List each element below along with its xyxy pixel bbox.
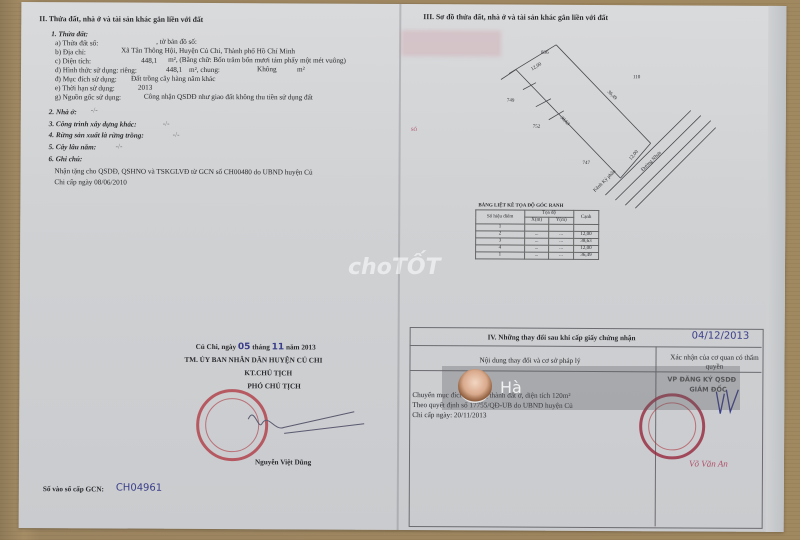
signer-role-2: PHÓ CHỦ TỊCH bbox=[247, 382, 300, 391]
map-label-747: 747 bbox=[583, 159, 591, 168]
usage-shared-label: m², chung: bbox=[189, 66, 220, 75]
coordinate-table: Số hiệu điểm Tọa độ Cạnh X(m) Y(m) 1 2..… bbox=[475, 209, 599, 260]
usage-shared-unit: m² bbox=[297, 65, 305, 74]
usage-form-label: d) Hình thức sử dụng: riêng: bbox=[55, 66, 137, 75]
parcel-map-sheet: , tờ bản đồ số: bbox=[156, 38, 197, 47]
table-row: 1......36,49 bbox=[476, 252, 599, 260]
signature-scribble bbox=[244, 401, 364, 442]
usage-private-value: 448,1 bbox=[166, 66, 182, 75]
other-construction-label: 3. Công trình xây dựng khác: bbox=[49, 120, 137, 129]
authority-signer-name: Võ Văn An bbox=[689, 460, 728, 469]
address-label: b) Địa chỉ: bbox=[55, 48, 86, 57]
purpose-value: Đất trồng cây hàng năm khác bbox=[131, 75, 215, 84]
area-in-words: m², (Bằng chữ: Bốn trăm bốn mươi tám phẩ… bbox=[168, 56, 346, 66]
house-value: -/- bbox=[91, 106, 98, 115]
year-label: năm 2013 bbox=[286, 343, 316, 351]
registry-label: Số vào sổ cấp GCN: bbox=[43, 485, 104, 494]
other-construction-value: -/- bbox=[163, 120, 170, 129]
signing-place-date: Củ Chi, ngày 05 tháng 11 năm 2013 bbox=[196, 343, 316, 353]
section-ii-title: II. Thửa đất, nhà ở và tài sản khác gắn … bbox=[39, 14, 203, 24]
map-label-749: 749 bbox=[507, 97, 515, 106]
month-label: tháng bbox=[252, 343, 270, 351]
note-line-2: Chi cấp ngày 08/06/2010 bbox=[54, 178, 127, 187]
col-point: Số hiệu điểm bbox=[476, 210, 525, 224]
map-label-110: 110 bbox=[633, 73, 640, 82]
signer-role-1: KT.CHỦ TỊCH bbox=[244, 369, 292, 378]
planted-forest-label: 4. Rừng sản xuất là rừng trồng: bbox=[49, 131, 144, 140]
term-label: e) Thời hạn sử dụng: bbox=[55, 84, 115, 93]
registry-number: CH04961 bbox=[116, 484, 162, 493]
address-value: Xã Tân Thông Hội, Huyện Củ Chi, Thành ph… bbox=[121, 47, 295, 57]
notes-label: 6. Ghi chú: bbox=[49, 155, 83, 164]
section-iv-title: IV. Những thay đổi sau khi cấp giấy chứn… bbox=[488, 333, 636, 343]
left-page: II. Thửa đất, nhà ở và tài sản khác gắn … bbox=[19, 2, 400, 530]
cell-y: ... bbox=[549, 252, 574, 259]
house-label: 2. Nhà ở: bbox=[49, 108, 77, 117]
parcel-diagram bbox=[400, 34, 661, 205]
note-line-1: Nhận tặng cho QSDĐ, QSHNO và TSKGLVĐ từ … bbox=[54, 167, 312, 177]
parcel-number-label: a) Thửa đất số: bbox=[55, 39, 98, 48]
right-page: III. Sơ đồ thửa đất, nhà ở và tài sản kh… bbox=[399, 4, 770, 532]
perennial-trees-label: 5. Cây lâu năm: bbox=[49, 143, 97, 152]
section-iii-title: III. Sơ đồ thửa đất, nhà ở và tài sản kh… bbox=[423, 12, 608, 22]
map-label-752: 752 bbox=[533, 123, 541, 132]
parcel-heading: 1. Thửa đất: bbox=[51, 30, 88, 39]
signer-name: Nguyễn Việt Dũng bbox=[255, 458, 311, 467]
changes-col1-header: Nội dung thay đổi và cơ sở pháp lý bbox=[479, 356, 580, 366]
purpose-label: đ) Mục đích sử dụng: bbox=[55, 75, 117, 84]
handwritten-change-date: 04/12/2013 bbox=[692, 332, 750, 341]
cell-edge: 36,49 bbox=[573, 252, 598, 259]
change-entry-line-3: Chi cấp ngày: 20/11/2013 bbox=[412, 411, 486, 420]
map-red-mark: SỐ bbox=[411, 126, 417, 135]
signing-month: 11 bbox=[272, 342, 285, 352]
chotot-watermark: choTỐT bbox=[348, 255, 441, 280]
signing-day: 05 bbox=[238, 342, 251, 352]
cell-point: 1 bbox=[476, 252, 525, 259]
origin-label: g) Nguồn gốc sử dụng: bbox=[55, 93, 121, 102]
map-label-836: 836 bbox=[541, 49, 549, 58]
planted-forest-value: -/- bbox=[173, 131, 180, 140]
area-value: 448,1 bbox=[141, 57, 157, 66]
issuing-org: TM. ỦY BAN NHÂN DÂN HUYỆN CỦ CHI bbox=[184, 356, 322, 366]
usage-shared-value: Không bbox=[257, 65, 277, 74]
term-value: 2013 bbox=[138, 84, 152, 93]
area-label: c) Diện tích: bbox=[55, 57, 91, 66]
origin-value: Công nhận QSDĐ như giao đất không thu ti… bbox=[144, 93, 313, 103]
user-avatar[interactable] bbox=[458, 369, 492, 403]
cell-x: ... bbox=[524, 252, 549, 259]
col-edge: Cạnh bbox=[574, 210, 599, 224]
overlay-user-name: Hà bbox=[500, 378, 522, 397]
perennial-trees-value: -/- bbox=[116, 142, 123, 151]
place-date-prefix: Củ Chi, ngày bbox=[196, 343, 237, 351]
